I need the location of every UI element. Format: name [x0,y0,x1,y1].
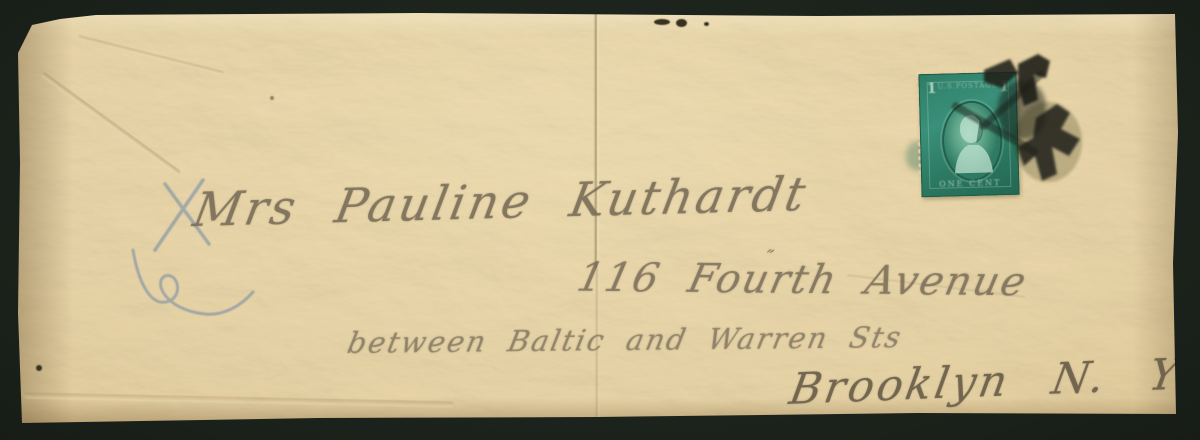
corner-crease [41,71,181,175]
ink-speck [704,22,709,26]
vertical-fold-crease-lower [595,263,600,421]
envelope: Mrs Pauline Kuthardt ″ 116 Fourth Avenue… [18,13,1178,424]
stamp-denomination-label: ONE CENT [921,178,1019,190]
address-recipient: Mrs Pauline Kuthardt [189,167,813,238]
ditto-mark: ″ [764,245,776,270]
address-cross-streets: between Baltic and Warren Sts [345,320,906,360]
corner-crease-2 [78,35,225,75]
stamp-body: 1 1 U.S.POSTAGE ONE CENT [918,72,1019,198]
paper-speck [270,96,274,100]
blue-pencil-x-mark [113,158,283,333]
address-street: 116 Fourth Avenue [573,255,1032,306]
right-crease [846,274,1025,300]
vertical-fold-crease [594,13,599,268]
stamp-portrait-oval [943,102,1001,179]
address-city: Brooklyn N. Y. [786,349,1197,415]
ink-speck [654,19,670,25]
postage-stamp: 1 1 U.S.POSTAGE ONE CENT [915,69,1022,201]
photo-background: Mrs Pauline Kuthardt ″ 116 Fourth Avenue… [0,0,1200,440]
bottom-crease [24,392,454,407]
ink-speck [676,19,687,27]
franklin-portrait-icon [943,102,1001,179]
paper-speck [36,365,42,371]
